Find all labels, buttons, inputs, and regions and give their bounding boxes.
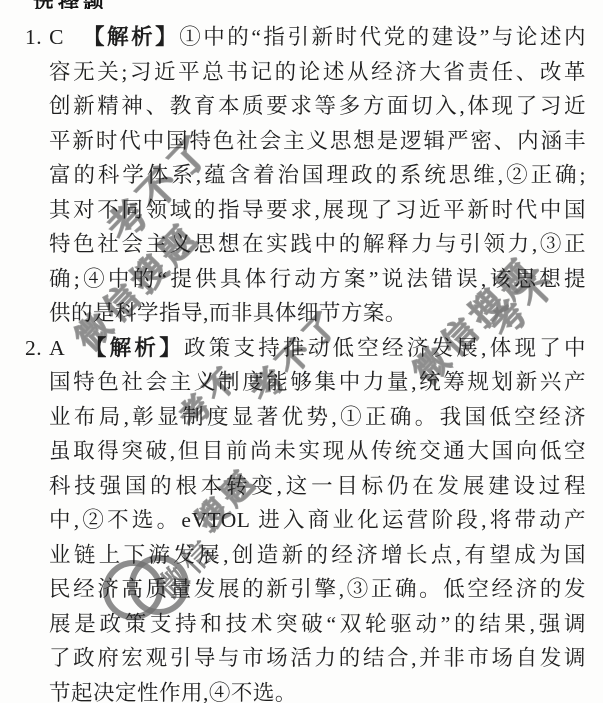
answer-line: 富的科学体系,蕴含着治国理政的系统思维,②正确; (49, 158, 586, 193)
analysis-label: 【解析】 (81, 25, 179, 49)
answer-line: 2.A【解析】政策支持推动低空经济发展,体现了中 (25, 331, 586, 366)
answer-line: 虽取得突破,但目前尚未实现从传统交通大国向低空 (49, 434, 586, 469)
answer-line: 1.C【解析】①中的“指引新时代党的建设”与论述内 (25, 20, 586, 55)
answer-line: 民经济高质量发展的新引擎,③正确。低空经济的发 (49, 572, 586, 607)
question-number: 2. (25, 336, 42, 360)
answer-line: 供的是科学指导,而非具体细节方案。 (49, 296, 586, 331)
answer-line: 其对不同领域的指导要求,展现了习近平新时代中国 (49, 193, 586, 228)
answer-line: 业链上下游发展,创造新的经济增长点,有望成为国 (49, 538, 586, 573)
answer-letter: C (49, 25, 64, 49)
answer-line: 国特色社会主义制度能够集中力量,统筹规划新兴产 (49, 365, 586, 400)
answer-line: 科技强国的根本转变,这一目标仍在发展建设过程 (49, 469, 586, 504)
answer-line: 了政府宏观引导与市场活力的结合,并非市场自发调 (49, 641, 586, 676)
answer-key-text: 1.C【解析】①中的“指引新时代党的建设”与论述内 容无关;习近平总书记的论述从… (49, 20, 586, 703)
answer-line: 平新时代中国特色社会主义思想是逻辑严密、内涵丰 (49, 124, 586, 159)
question-number: 1. (25, 25, 42, 49)
answer-line: 中,②不选。eVTOL 进入商业化运营阶段,将带动产 (49, 503, 586, 538)
analysis-label: 【解析】 (82, 336, 184, 360)
analysis-text: ①中的“指引新时代党的建设”与论述内 (179, 25, 586, 49)
section-heading-text: 选择题 (33, 0, 108, 9)
answer-line: 特色社会主义思想在实践中的解释力与引领力,③正 (49, 227, 586, 262)
answer-line: 节起决定性作用,④不选。 (49, 676, 586, 703)
answer-line: 业布局,彰显制度显著优势,①正确。我国低空经济 (49, 400, 586, 435)
answer-line: 容无关;习近平总书记的论述从经济大省责任、改革 (49, 55, 586, 90)
answer-line: 创新精神、教育本质要求等多方面切入,体现了习近 (49, 89, 586, 124)
clipped-section-heading: 选择题 (33, 0, 153, 9)
answer-line: 展是政策支持和技术突破“双轮驱动”的结果,强调 (49, 607, 586, 642)
answer-item-2: 2.A【解析】政策支持推动低空经济发展,体现了中 国特色社会主义制度能够集中力量… (49, 331, 586, 703)
answer-letter: A (49, 336, 65, 360)
answer-line: 确;④中的“提供具体行动方案”说法错误,该思想提 (49, 262, 586, 297)
answer-sheet-page: 选择题 考不了微信搜题考不微信搜题考不了考不搜题微信 1.C【解析】①中的“指引… (0, 0, 603, 703)
answer-item-1: 1.C【解析】①中的“指引新时代党的建设”与论述内 容无关;习近平总书记的论述从… (49, 20, 586, 331)
analysis-text: 政策支持推动低空经济发展,体现了中 (184, 336, 586, 360)
